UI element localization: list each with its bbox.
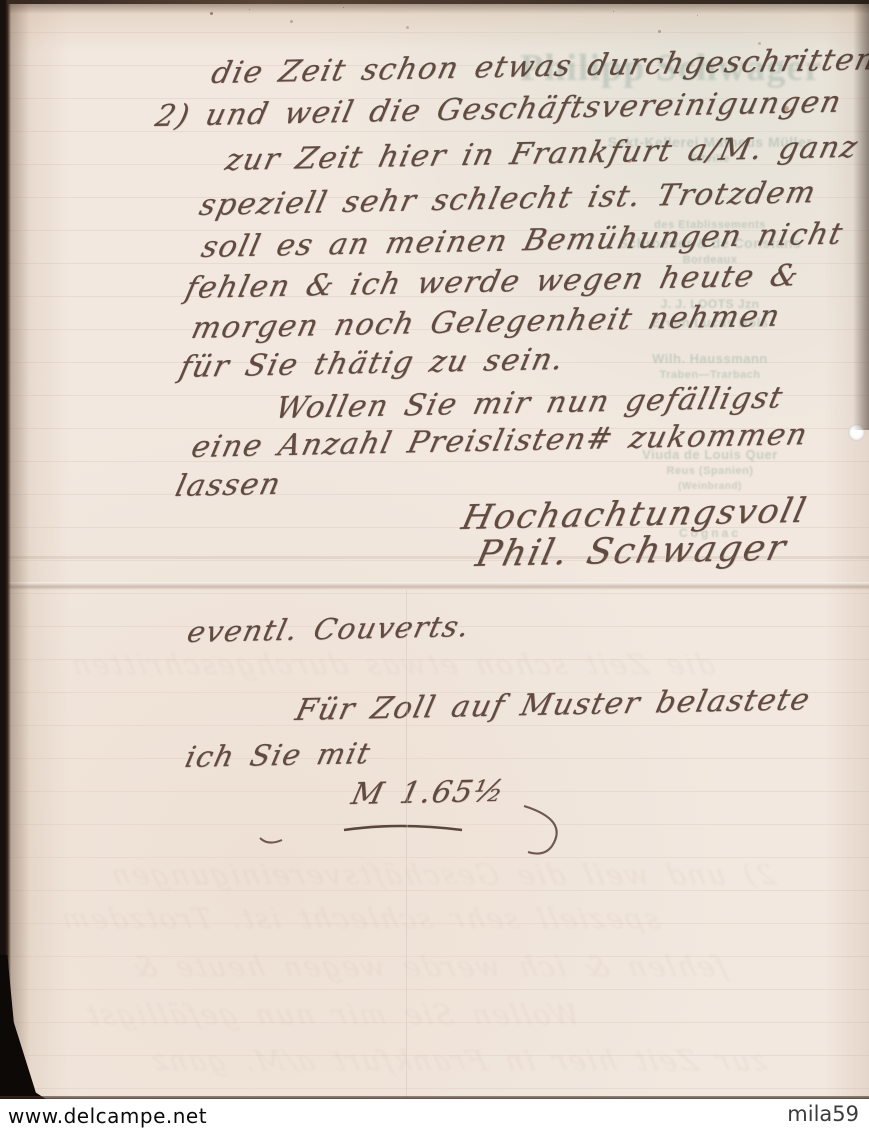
ink-bleedthrough-line: 2) und weil die Geschäftsvereinigungen	[106, 858, 779, 891]
ink-bleedthrough-line: fehlen & ich werde wegen heute &	[126, 950, 731, 983]
ink-bleedthrough-line: Wollen Sie mir nun gefälligst	[81, 998, 583, 1031]
ink-bleedthrough-line: die Zeit schon etwas durchgeschritten	[66, 648, 718, 681]
vertical-fold-crease	[406, 590, 408, 1098]
scan-edge-top-shadow	[0, 4, 869, 14]
seller-watermark: mila59	[787, 1102, 859, 1126]
handwriting-line: morgen noch Gelegenheit nehmen	[188, 299, 784, 346]
handwriting-line: zur Zeit hier in Frankfurt a/M. ganz	[222, 130, 862, 178]
postscript-line: ich Sie mit	[182, 736, 375, 774]
letterhead-line: Traben—Trarbach	[545, 369, 869, 381]
horizontal-fold-crease-faint	[0, 556, 869, 559]
handwriting-line: 2) und weil die Geschäftsvereinigungen	[152, 85, 845, 134]
flourish-underline	[256, 800, 586, 860]
ink-bleedthrough-line: speziell sehr schlecht ist. Trotzdem	[56, 902, 663, 935]
delcampe-watermark: www.delcampe.net	[8, 1104, 207, 1128]
handwriting-line: lassen	[172, 467, 285, 504]
letterhead-line: (Weinbrand)	[545, 481, 869, 492]
letterhead-line: Reus (Spanien)	[545, 465, 869, 477]
handwriting-line: für Sie thätig zu sein.	[176, 342, 568, 385]
postscript-line: Für Zoll auf Muster belastete	[292, 682, 814, 728]
signature: Phil. Schwager	[472, 528, 791, 575]
letterhead-line: Wilh. Haussmann	[545, 351, 869, 366]
horizontal-fold-crease	[0, 582, 869, 590]
paper-bottom-edge	[0, 1096, 869, 1099]
scan-edge-right-shadow	[853, 0, 869, 430]
scan-edge-left-shadow	[8, 0, 30, 1099]
handwriting-line: speziell sehr schlecht ist. Trotzdem	[196, 175, 820, 223]
ink-bleedthrough-line: zur Zeit hier in Frankfurt a/M. ganz	[146, 1044, 771, 1077]
letter-scan: Philipp Schwager Sekt-Kellerei Matheus M…	[0, 0, 869, 1099]
postscript-line: eventl. Couverts.	[184, 609, 474, 649]
